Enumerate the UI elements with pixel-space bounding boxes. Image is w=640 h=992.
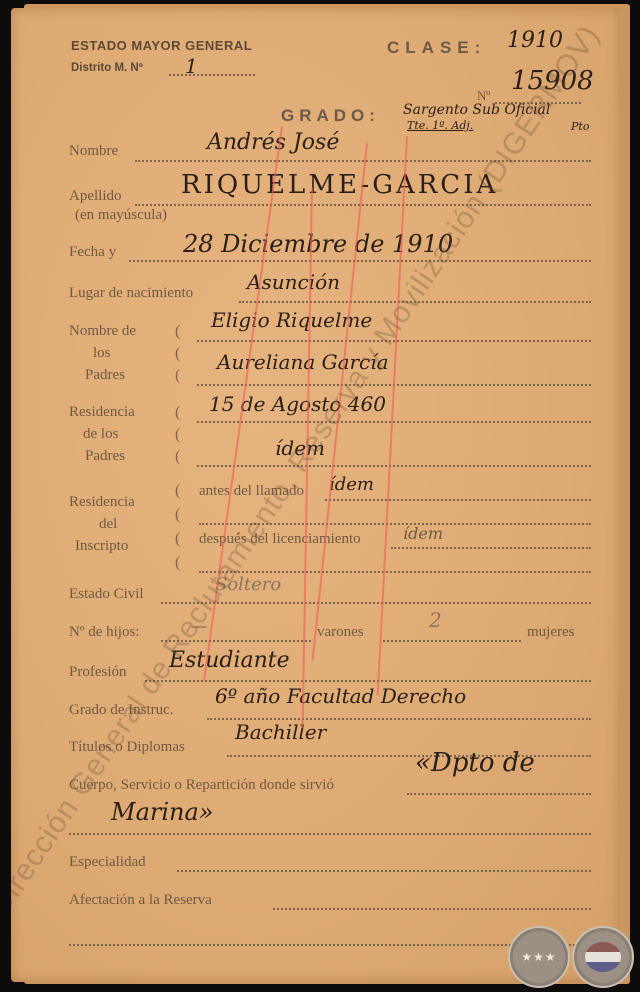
res-inscripto-label-3: Inscripto (75, 538, 128, 555)
paren: ( (175, 323, 180, 341)
nombre-value: Andrés José (207, 130, 339, 155)
paren: ( (175, 448, 180, 466)
paren: ( (175, 367, 180, 385)
res-padres-label-1: Residencia (69, 404, 135, 421)
enlistment-card: ESTADO MAYOR GENERAL Distrito M. Nº 1 CL… (11, 8, 620, 982)
grado-value-line2: Tte. 1º. Adj. (407, 119, 473, 132)
apellido-line (135, 202, 591, 206)
seal-flag-icon (572, 926, 634, 988)
nombre-label: Nombre (69, 143, 118, 160)
paren: ( (175, 404, 180, 422)
res-padres-label-3: Padres (85, 448, 125, 465)
paren: ( (175, 426, 180, 444)
org-title: ESTADO MAYOR GENERAL (71, 38, 252, 53)
cuerpo-line (407, 791, 591, 795)
hijos-label: Nº de hijos: (69, 624, 139, 641)
stars-icon: ★★★ (521, 950, 556, 965)
fecha-value: 28 Diciembre de 1910 (183, 230, 453, 258)
afectacion-label: Afectación a la Reserva (69, 892, 212, 909)
mujeres-value: 2 (429, 608, 442, 632)
paren: ( (175, 482, 180, 500)
flag-icon (585, 942, 621, 972)
res-inscripto-label-1: Residencia (69, 494, 135, 511)
district-label: Distrito M. Nº (71, 62, 143, 74)
profesion-label: Profesión (69, 664, 127, 681)
mujeres-line (383, 638, 521, 642)
cuerpo-label: Cuerpo, Servicio o Repartición donde sir… (69, 777, 334, 794)
grado-value-extra: Pto (571, 120, 589, 133)
padres-label-1: Nombre de (69, 323, 136, 340)
district-dots (169, 72, 255, 76)
padres-label-2: los (93, 345, 111, 362)
cuerpo-value-1: «Dpto de (415, 748, 535, 778)
especialidad-label: Especialidad (69, 854, 146, 871)
clase-value: 1910 (507, 28, 563, 53)
titulos-line (227, 753, 591, 757)
res-inscripto-label-2: del (99, 516, 117, 533)
paren: ( (175, 345, 180, 363)
fecha-label: Fecha y (69, 244, 116, 261)
lugar-label: Lugar de nacimiento (69, 285, 193, 302)
clase-label: CLASE: (387, 38, 486, 58)
estado-civil-label: Estado Civil (69, 586, 144, 603)
apellido-label: Apellido (69, 188, 122, 205)
cuerpo-line-2 (69, 831, 591, 835)
varones-label: varones (317, 624, 364, 641)
fecha-line (129, 258, 591, 262)
res-padres-line-1 (197, 419, 591, 423)
despues-line-2 (199, 569, 591, 573)
despues-value: ídem (403, 524, 443, 543)
apellido-value: RIQUELME-GARCIA (181, 170, 498, 200)
despues-line (391, 545, 591, 549)
padres-label-3: Padres (85, 367, 125, 384)
antes-line (325, 497, 591, 501)
antes-value: ídem (329, 474, 374, 495)
paren: ( (175, 530, 180, 548)
instruccion-value: 6º año Facultad Derecho (215, 684, 466, 708)
district-value: 1 (185, 54, 198, 78)
cuerpo-value-2: Marina» (111, 798, 213, 826)
profesion-line (145, 678, 591, 682)
seal-stars-icon: ★★★ (508, 926, 570, 988)
paren: ( (175, 554, 180, 572)
res-padres-label-2: de los (83, 426, 118, 443)
res-padres-line-2 (197, 463, 591, 467)
afectacion-line (273, 906, 591, 910)
grado-label: GRADO: (281, 106, 380, 126)
especialidad-line (177, 868, 591, 872)
paren: ( (175, 506, 180, 524)
titulos-value: Bachiller (235, 720, 326, 744)
apellido-sublabel: (en mayúscula) (75, 207, 167, 224)
mujeres-label: mujeres (527, 624, 574, 641)
